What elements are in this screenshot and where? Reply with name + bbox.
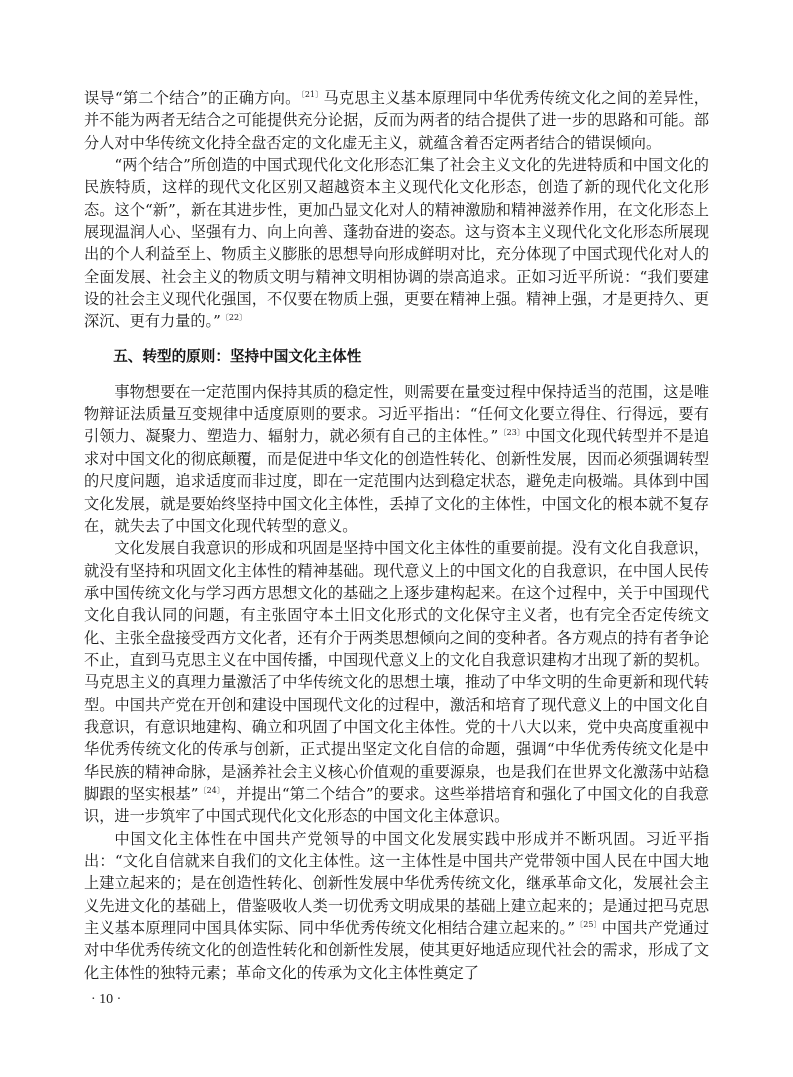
citation-ref[interactable]: 〔25〕 [575,920,602,929]
citation-ref[interactable]: 〔24〕 [198,786,220,795]
text-segment: 文化发展自我意识的形成和巩固是坚持中国文化主体性的重要前提。没有文化自我意识，就… [84,539,709,803]
citation-ref[interactable]: 〔22〕 [221,313,247,322]
paragraph-continuation: 误导“第二个结合”的正确方向。〔21〕马克思主义基本原理同中华优秀传统文化之间的… [84,87,709,154]
article-body: 误导“第二个结合”的正确方向。〔21〕马克思主义基本原理同中华优秀传统文化之间的… [84,87,709,984]
paragraph-self-awareness: 文化发展自我意识的形成和巩固是坚持中国文化主体性的重要前提。没有文化自我意识，就… [84,537,709,827]
text-segment: 误导“第二个结合”的正确方向。 [84,89,301,107]
section-heading: 五、转型的原则：坚持中国文化主体性 [84,346,709,368]
paragraph-moderation-principle: 事物想要在一定范围内保持其质的稳定性，则需要在量变过程中保持适当的范围，这是唯物… [84,381,709,537]
page-number: · 10 · [91,992,121,1008]
citation-ref[interactable]: 〔21〕 [301,90,324,99]
citation-ref[interactable]: 〔23〕 [498,428,525,437]
paragraph-subjectivity-practice: 中国文化主体性在中国共产党领导的中国文化发展实践中形成并不断巩固。习近平指出：“… [84,828,709,984]
text-segment: “两个结合”所创造的中国式现代化文化形态汇集了社会主义文化的先进特质和中国文化的… [84,156,709,330]
paragraph-two-combinations: “两个结合”所创造的中国式现代化文化形态汇集了社会主义文化的先进特质和中国文化的… [84,154,709,333]
